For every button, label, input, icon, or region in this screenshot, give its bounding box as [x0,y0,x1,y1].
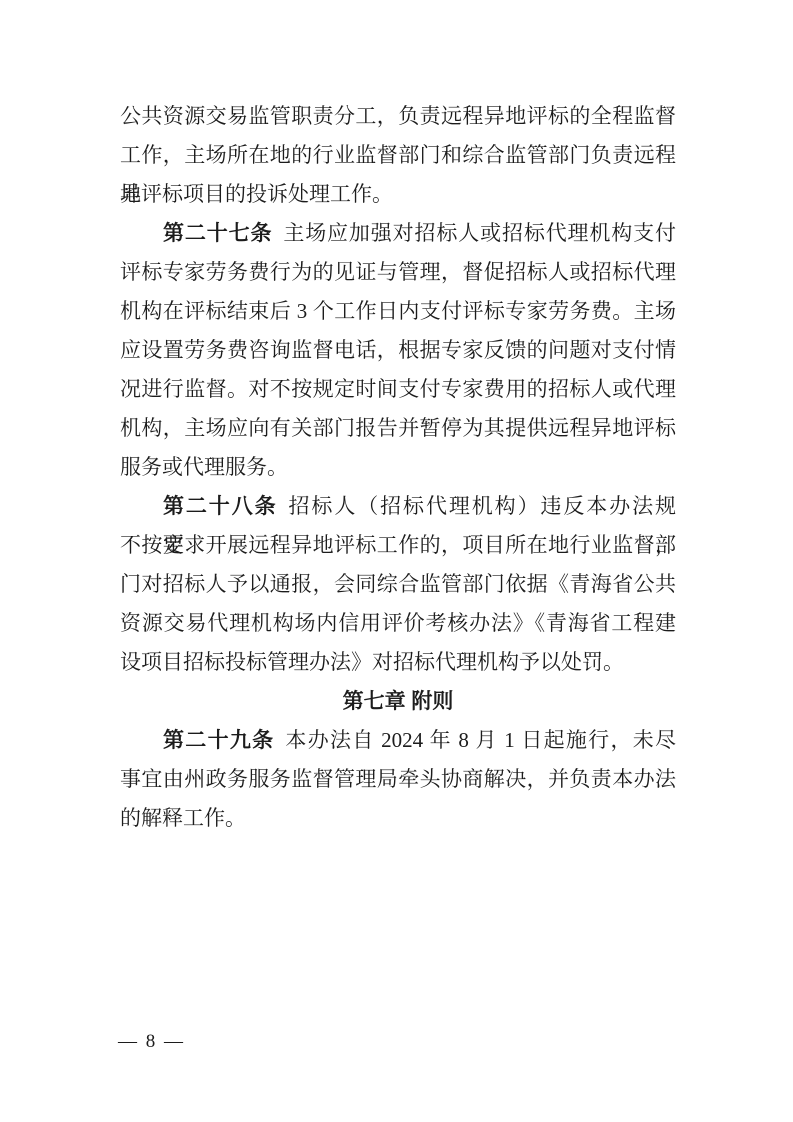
text-line: 不按要求开展远程异地评标工作的，项目所在地行业监督部 [120,526,676,565]
text-line: 服务或代理服务。 [120,448,676,487]
text-line: 机构在评标结束后 3 个工作日内支付评标专家劳务费。主场 [120,292,676,331]
text-line: 的解释工作。 [120,799,676,838]
chapter-heading: 第七章 附则 [120,682,676,721]
text-line: 第二十八条招标人（招标代理机构）违反本办法规定， [120,487,676,526]
document-body: 公共资源交易监管职责分工，负责远程异地评标的全程监督工作，主场所在地的行业监督部… [120,97,676,838]
text-segment: 不按要求开展远程异地评标工作的，项目所在地行业监督部 [120,533,676,557]
document-page: 公共资源交易监管职责分工，负责远程异地评标的全程监督工作，主场所在地的行业监督部… [0,0,793,1122]
text-line: 地评标项目的投诉处理工作。 [120,175,676,214]
text-line: 评标专家劳务费行为的见证与管理，督促招标人或招标代理 [120,253,676,292]
text-segment: 应设置劳务费咨询监督电话，根据专家反馈的问题对支付情 [120,338,676,362]
article-term: 第二十八条 [163,494,278,518]
text-line: 应设置劳务费咨询监督电话，根据专家反馈的问题对支付情 [120,331,676,370]
text-line: 第二十七条主场应加强对招标人或招标代理机构支付 [120,214,676,253]
text-segment: 机构，主场应向有关部门报告并暂停为其提供远程异地评标 [120,416,676,440]
page-number: — 8 — [118,1031,185,1053]
text-segment: 机构在评标结束后 3 个工作日内支付评标专家劳务费。主场 [120,299,676,323]
text-segment: 的解释工作。 [120,806,246,830]
text-line: 资源交易代理机构场内信用评价考核办法》《青海省工程建 [120,604,676,643]
text-line: 工作，主场所在地的行业监督部门和综合监管部门负责远程异 [120,136,676,175]
text-segment: 门对招标人予以通报，会同综合监管部门依据《青海省公共 [120,572,676,596]
text-line: 事宜由州政务服务监督管理局牵头协商解决，并负责本办法 [120,760,676,799]
text-segment: 公共资源交易监管职责分工，负责远程异地评标的全程监督 [120,104,676,128]
text-line: 公共资源交易监管职责分工，负责远程异地评标的全程监督 [120,97,676,136]
text-segment: 主场应加强对招标人或招标代理机构支付 [283,221,676,245]
text-segment: 资源交易代理机构场内信用评价考核办法》《青海省工程建 [120,611,676,635]
text-segment: 地评标项目的投诉处理工作。 [120,182,393,206]
text-line: 机构，主场应向有关部门报告并暂停为其提供远程异地评标 [120,409,676,448]
text-segment: 本办法自 2024 年 8 月 1 日起施行，未尽 [285,728,676,752]
text-segment: 事宜由州政务服务监督管理局牵头协商解决，并负责本办法 [120,767,676,791]
text-line: 第二十九条本办法自 2024 年 8 月 1 日起施行，未尽 [120,721,676,760]
article-term: 第二十七条 [163,221,272,245]
text-line: 门对招标人予以通报，会同综合监管部门依据《青海省公共 [120,565,676,604]
text-segment: 服务或代理服务。 [120,455,288,479]
text-line: 设项目招标投标管理办法》对招标代理机构予以处罚。 [120,643,676,682]
text-segment: 设项目招标投标管理办法》对招标代理机构予以处罚。 [120,650,624,674]
article-term: 第二十九条 [163,728,274,752]
text-segment: 评标专家劳务费行为的见证与管理，督促招标人或招标代理 [120,260,676,284]
text-segment: 况进行监督。对不按规定时间支付专家费用的招标人或代理 [120,377,676,401]
text-line: 况进行监督。对不按规定时间支付专家费用的招标人或代理 [120,370,676,409]
